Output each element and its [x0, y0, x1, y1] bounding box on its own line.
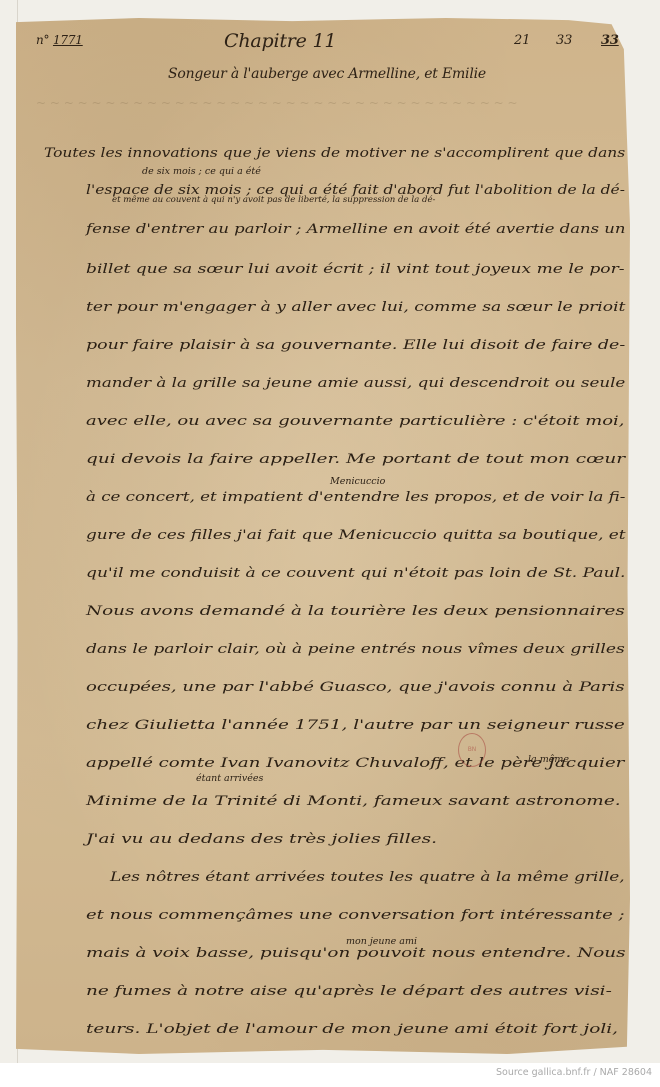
manuscript-line: Les nôtres étant arrivées toutes les qua… — [110, 870, 625, 885]
folio-number-1: 21 — [514, 33, 530, 48]
catalog-number-prefix: n° — [36, 33, 49, 47]
manuscript-line: Toutes les innovations que je viens de m… — [44, 146, 625, 161]
library-stamp: BN — [458, 733, 486, 767]
bleed-through-text: ~ ~ ~ ~ ~ ~ ~ ~ ~ ~ ~ ~ ~ ~ ~ ~ ~ ~ ~ ~ … — [36, 96, 518, 110]
manuscript-line: mais à voix basse, puisqu'on pouvoit nou… — [86, 946, 626, 961]
interlinear-note: de six mois ; ce qui a été — [142, 166, 261, 177]
source-credit: Source gallica.bnf.fr / NAF 28604 — [496, 1067, 652, 1078]
manuscript-line: billet que sa sœur lui avoit écrit ; il … — [86, 262, 625, 277]
manuscript-line: Nous avons demandé à la tourière les deu… — [86, 604, 625, 619]
interlinear-note: Menicuccio — [330, 476, 385, 487]
manuscript-line: l'espace de six mois ; ce qui a été fait… — [86, 183, 625, 198]
manuscript-line: appellé comte Ivan Ivanovitz Chuvaloff, … — [86, 756, 624, 771]
chapter-subtitle: Songeur à l'auberge avec Armelline, et E… — [168, 66, 486, 82]
manuscript-line: pour faire plaisir à sa gouvernante. Ell… — [86, 338, 625, 353]
chapter-title: Chapitre 11 — [224, 30, 336, 52]
interlinear-note: étant arrivées — [196, 773, 263, 784]
manuscript-line: J'ai vu au dedans des très jolies filles… — [86, 832, 437, 847]
manuscript-line: ter pour m'engager à y aller avec lui, c… — [86, 300, 625, 315]
manuscript-line: et nous commençâmes une conversation for… — [86, 908, 625, 923]
manuscript-line: dans le parloir clair, où à peine entrés… — [86, 642, 625, 657]
folio-number-2: 33 — [556, 33, 572, 48]
manuscript-line: chez Giulietta l'année 1751, l'autre par… — [86, 718, 625, 733]
manuscript-line: occupées, une par l'abbé Guasco, que j'a… — [86, 680, 625, 695]
catalog-number: n° 1771 — [36, 33, 83, 47]
folio-number-3: 33 — [601, 33, 619, 48]
manuscript-line: teurs. L'objet de l'amour de mon jeune a… — [86, 1022, 618, 1037]
manuscript-line: qu'il me conduisit à ce couvent qui n'ét… — [86, 566, 625, 581]
manuscript-line: ne fumes à notre aise qu'après le départ… — [86, 984, 612, 999]
manuscript-line: mander à la grille sa jeune amie aussi, … — [86, 376, 625, 391]
manuscript-line: Minime de la Trinité di Monti, fameux sa… — [86, 794, 621, 809]
manuscript-line: fense d'entrer au parloir ; Armelline en… — [86, 222, 625, 237]
manuscript-line: avec elle, ou avec sa gouvernante partic… — [86, 414, 625, 429]
manuscript-line: qui devois la faire appeller. Me portant… — [86, 452, 625, 467]
manuscript-line: gure de ces filles j'ai fait que Menicuc… — [86, 528, 626, 543]
manuscript-line: à ce concert, et impatient d'entendre le… — [86, 490, 625, 505]
catalog-number-value: 1771 — [53, 33, 83, 47]
